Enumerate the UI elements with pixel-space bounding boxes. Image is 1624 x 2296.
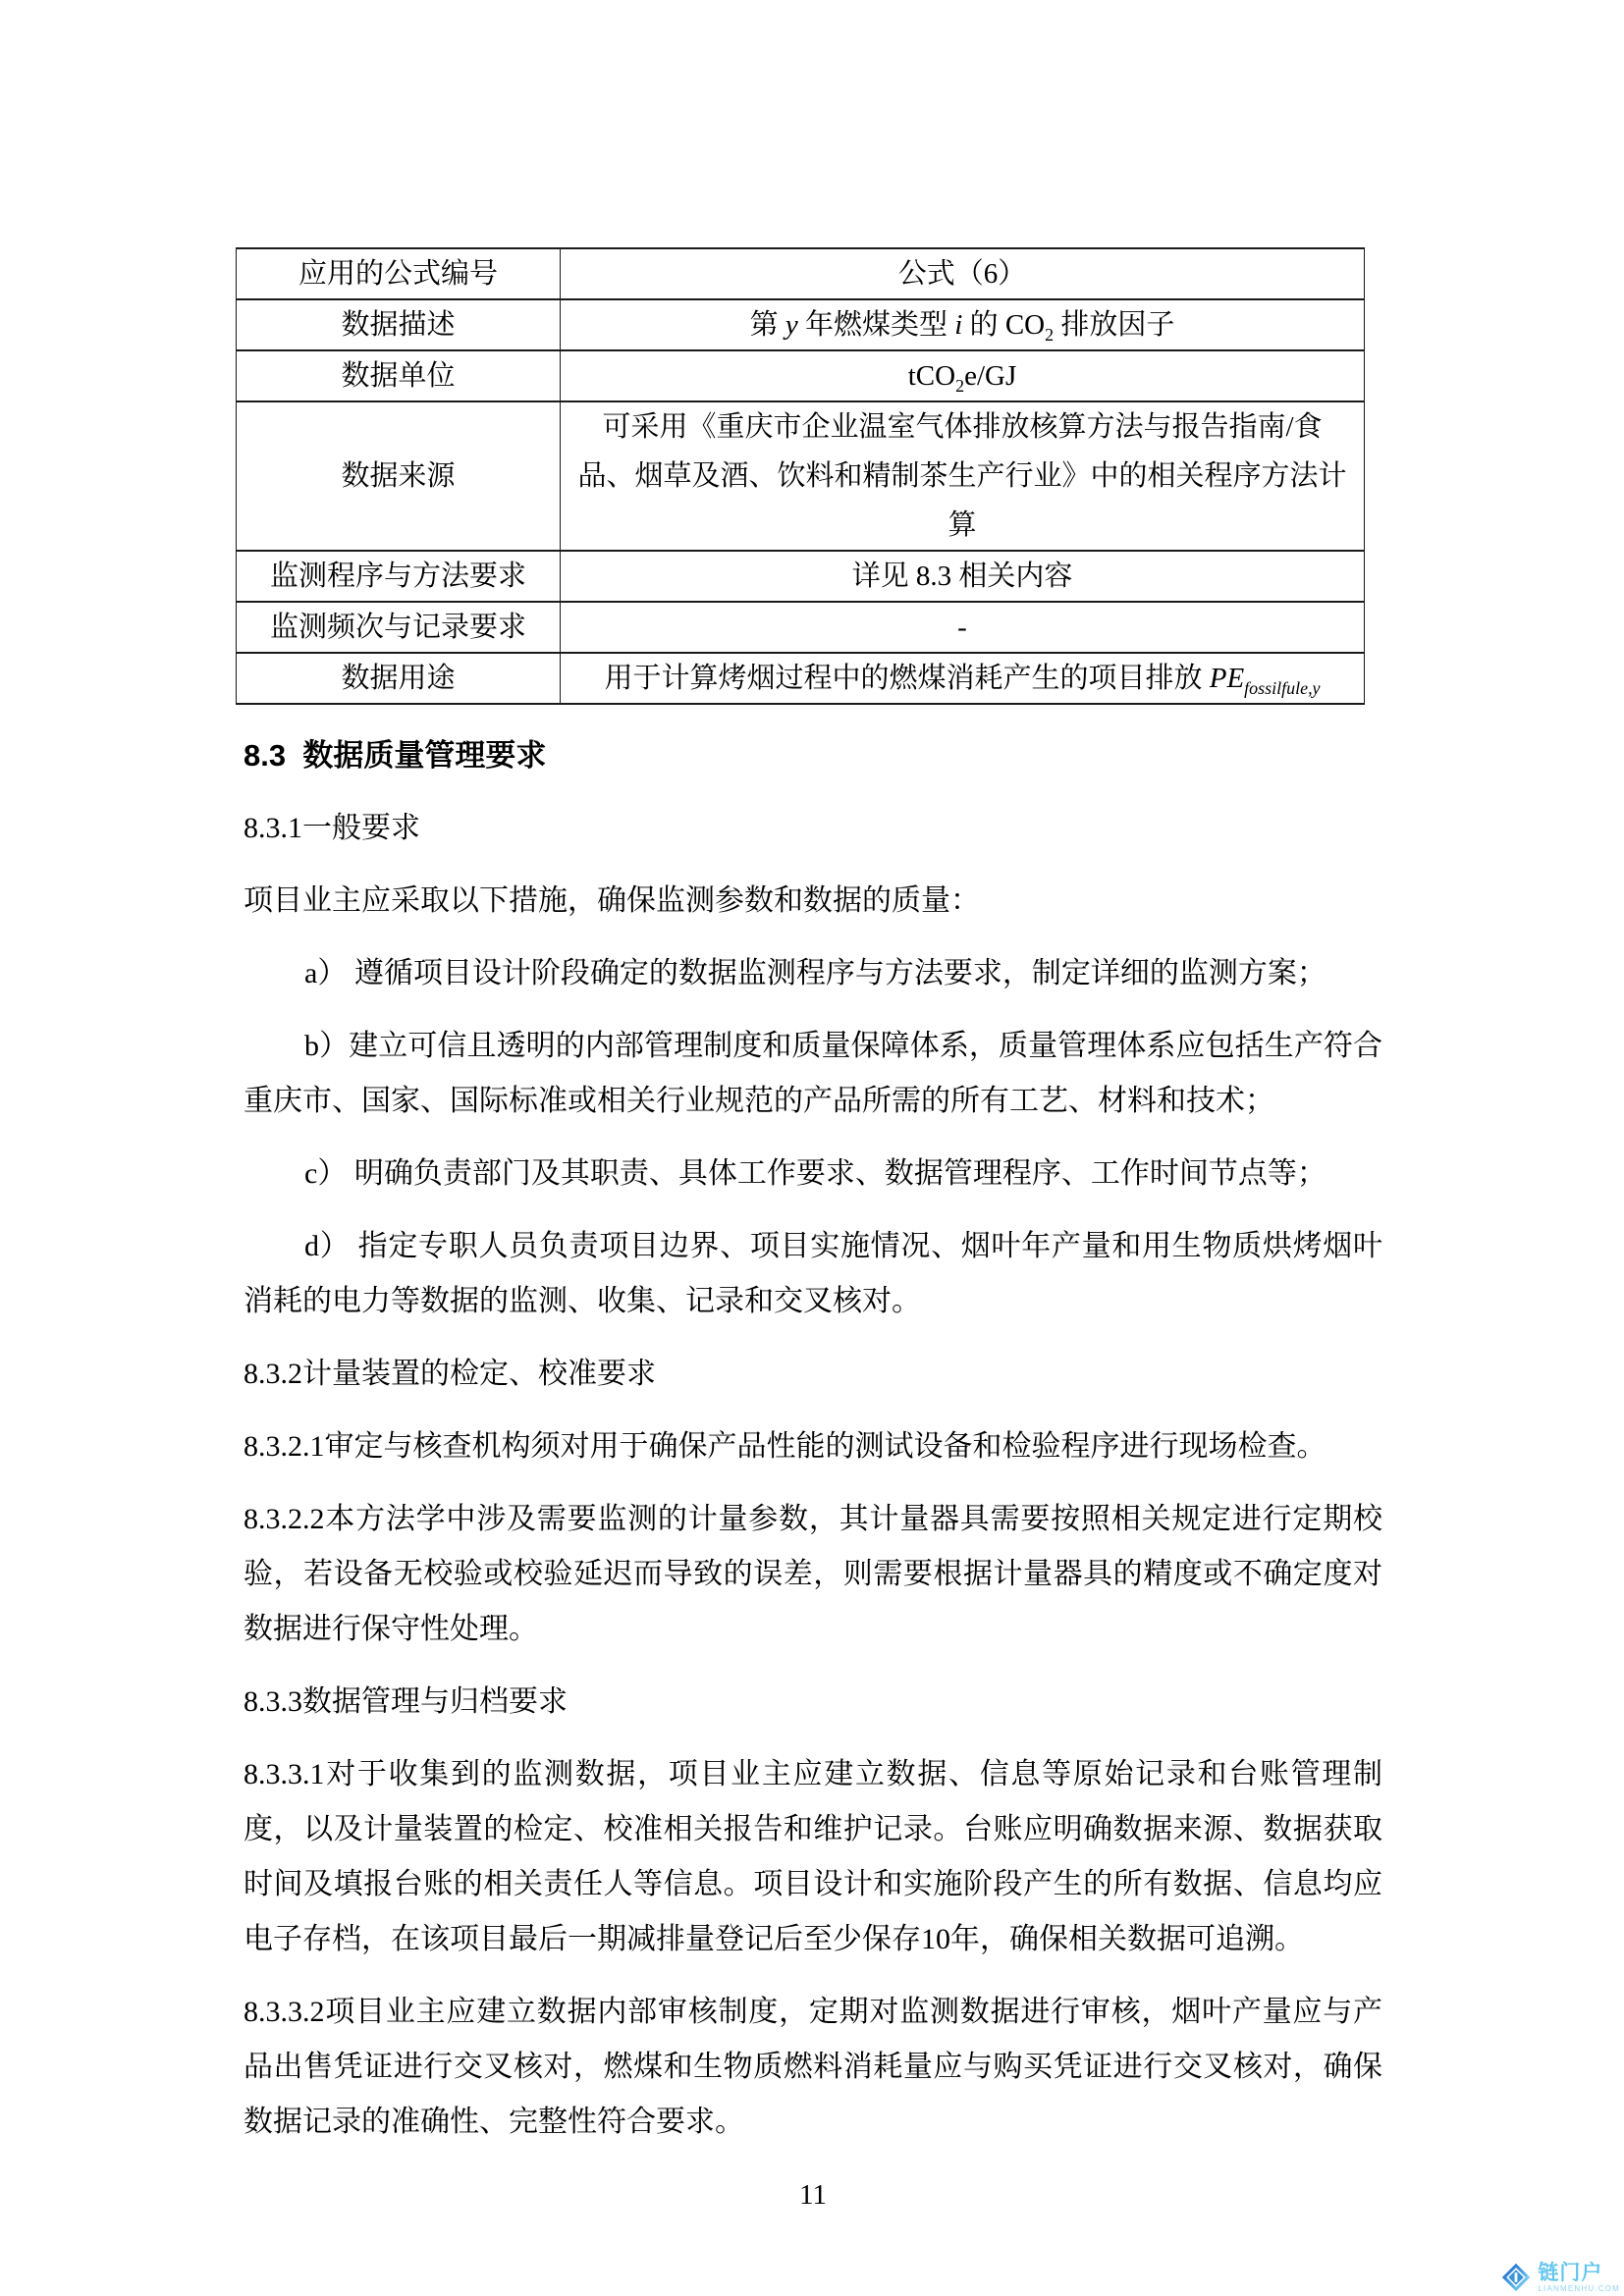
document-page: 应用的公式编号 公式（6） 数据描述 第 y 年燃煤类型 i 的 CO2 排放因…: [0, 0, 1624, 2296]
row-value: 公式（6）: [561, 248, 1365, 299]
subsection-heading-8-3-2: 8.3.2计量装置的检定、校准要求: [244, 1347, 1382, 1402]
subsection-heading-8-3-3: 8.3.3数据管理与归档要求: [244, 1675, 1382, 1730]
page-number: 11: [244, 2167, 1382, 2222]
section-heading-8-3: 8.3 数据质量管理要求: [244, 728, 1382, 783]
logo-name: 链门户: [1538, 2263, 1620, 2283]
text-fragment: tCO: [908, 360, 955, 392]
table-row: 监测频次与记录要求 -: [237, 602, 1365, 653]
row-value: 第 y 年燃煤类型 i 的 CO2 排放因子: [561, 299, 1365, 350]
text-fragment: 年燃煤类型: [798, 309, 955, 341]
paragraph-8-3-3-1: 8.3.3.1对于收集到的监测数据，项目业主应建立数据、信息等原始记录和台账管理…: [244, 1747, 1382, 1967]
paragraph-8-3-2-2: 8.3.2.2本方法学中涉及需要监测的计量参数，其计量器具需要按照相关规定进行定…: [244, 1492, 1382, 1657]
row-label: 数据用途: [237, 653, 561, 704]
row-label: 应用的公式编号: [237, 248, 561, 299]
diamond-logo-icon: [1499, 2261, 1533, 2294]
row-label: 监测频次与记录要求: [237, 602, 561, 653]
parameter-table: 应用的公式编号 公式（6） 数据描述 第 y 年燃煤类型 i 的 CO2 排放因…: [236, 247, 1365, 705]
paragraph-8-3-3-2: 8.3.3.2项目业主应建立数据内部审核制度，定期对监测数据进行审核，烟叶产量应…: [244, 1985, 1382, 2150]
list-item-a: a） 遵循项目设计阶段确定的数据监测程序与方法要求，制定详细的监测方案；: [244, 946, 1382, 1001]
document-body: 8.3 数据质量管理要求 8.3.1一般要求 项目业主应采取以下措施，确保监测参…: [244, 728, 1382, 2222]
subsection-heading-8-3-1: 8.3.1一般要求: [244, 801, 1382, 856]
table-row: 监测程序与方法要求 详见 8.3 相关内容: [237, 551, 1365, 602]
text-fragment: 第: [750, 309, 785, 341]
logo-text: 链门户 LIANMENHU.COM: [1538, 2263, 1620, 2293]
row-label: 监测程序与方法要求: [237, 551, 561, 602]
row-value: 详见 8.3 相关内容: [561, 551, 1365, 602]
table-row: 应用的公式编号 公式（6）: [237, 248, 1365, 299]
list-item-b: b）建立可信且透明的内部管理制度和质量保障体系，质量管理体系应包括生产符合重庆市…: [244, 1019, 1382, 1129]
subscript: fossilfule,y: [1244, 678, 1320, 698]
table-row: 数据单位 tCO2e/GJ: [237, 350, 1365, 401]
subscript: 2: [1045, 325, 1054, 345]
row-value: tCO2e/GJ: [561, 350, 1365, 401]
row-value: 可采用《重庆市企业温室气体排放核算方法与报告指南/食品、烟草及酒、饮料和精制茶生…: [561, 401, 1365, 551]
row-label: 数据单位: [237, 350, 561, 401]
text-fragment: 的 CO: [962, 309, 1045, 341]
row-label: 数据描述: [237, 299, 561, 350]
text-fragment: 用于计算烤烟过程中的燃煤消耗产生的项目排放: [604, 663, 1209, 694]
list-item-d: d） 指定专职人员负责项目边界、项目实施情况、烟叶年产量和用生物质烘烤烟叶消耗的…: [244, 1219, 1382, 1329]
row-value: -: [561, 602, 1365, 653]
logo-domain: LIANMENHU.COM: [1538, 2285, 1620, 2293]
text-fragment: 排放因子: [1054, 309, 1174, 341]
watermark-logo: 链门户 LIANMENHU.COM: [1499, 2261, 1620, 2294]
row-label: 数据来源: [237, 401, 561, 551]
variable-y: y: [785, 309, 798, 341]
row-value: 用于计算烤烟过程中的燃煤消耗产生的项目排放 PEfossilfule,y: [561, 653, 1365, 704]
text-fragment: e/GJ: [964, 360, 1016, 392]
table-row: 数据描述 第 y 年燃煤类型 i 的 CO2 排放因子: [237, 299, 1365, 350]
subscript: 2: [955, 376, 964, 396]
variable-pe: PE: [1210, 663, 1244, 694]
paragraph-intro: 项目业主应采取以下措施，确保监测参数和数据的质量：: [244, 874, 1382, 929]
paragraph-8-3-2-1: 8.3.2.1审定与核查机构须对用于确保产品性能的测试设备和检验程序进行现场检查…: [244, 1419, 1382, 1474]
table-row: 数据用途 用于计算烤烟过程中的燃煤消耗产生的项目排放 PEfossilfule,…: [237, 653, 1365, 704]
table-row: 数据来源 可采用《重庆市企业温室气体排放核算方法与报告指南/食品、烟草及酒、饮料…: [237, 401, 1365, 551]
list-item-c: c） 明确负责部门及其职责、具体工作要求、数据管理程序、工作时间节点等；: [244, 1147, 1382, 1201]
